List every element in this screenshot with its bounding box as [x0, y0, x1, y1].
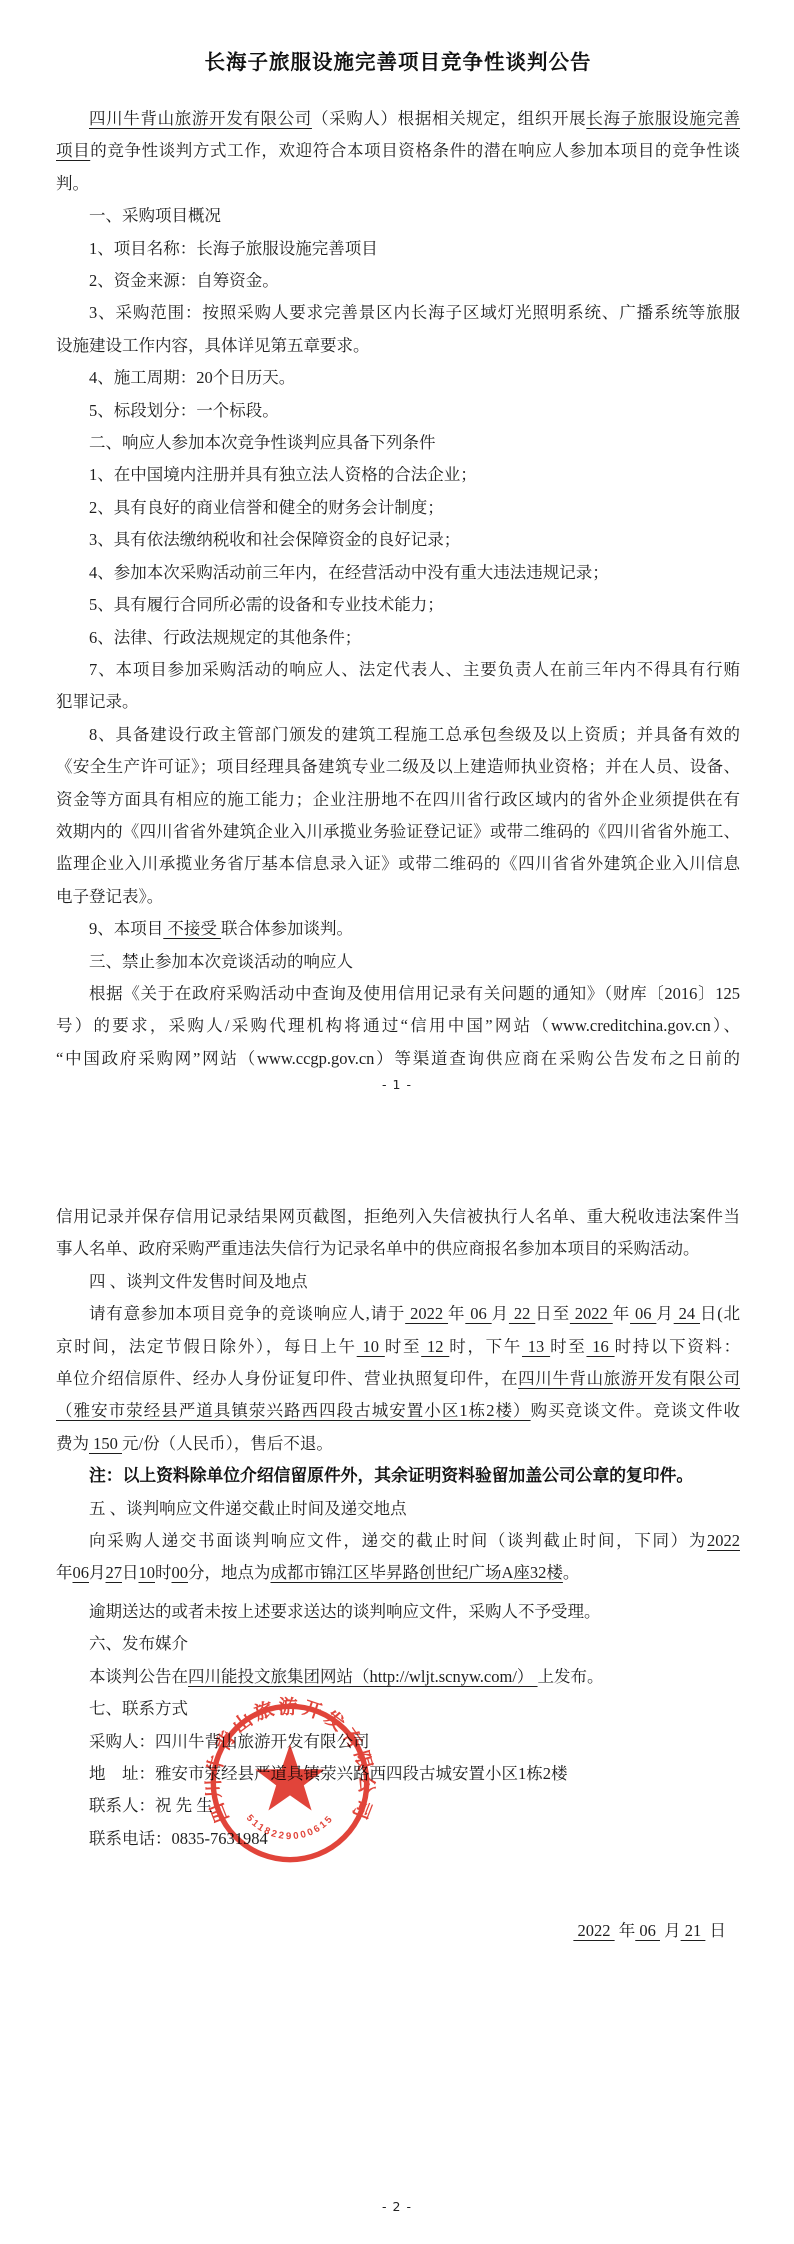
text-line: 2、资金来源：自筹资金。 [56, 265, 740, 297]
section-heading: 二、响应人参加本次竞争性谈判应具备下列条件 [56, 427, 740, 459]
document-title: 长海子旅服设施完善项目竞争性谈判公告 [56, 46, 740, 80]
section-heading: 一、采购项目概况 [56, 200, 740, 232]
section-heading: 三、禁止参加本次竞谈活动的响应人 [56, 946, 740, 978]
section-heading: 五 、谈判响应文件递交截止时间及递交地点 [56, 1493, 740, 1525]
page-2-lines: 信用记录并保存信用记录结果网页截图，拒绝列入失信被执行人名单、重大税收违法案件当… [56, 1122, 740, 1948]
text-line: 号）的要求，采购人/采购代理机构将通过“信用中国”网站（www.creditch… [56, 1010, 740, 1042]
page-1-lines: 四川牛背山旅游开发有限公司（采购人）根据相关规定，组织开展长海子旅服设施完善项目… [56, 103, 740, 1075]
text-line: “中国政府采购网”网站（www.ccgp.gov.cn）等渠道查询供应商在采购公… [56, 1043, 740, 1075]
seal-number: 5118229000615 [244, 1813, 336, 1842]
text-line: 《安全生产许可证》；项目经理具备建筑专业二级及以上建造师执业资格；并在人员、设备… [56, 751, 740, 783]
text-line: （雅安市荥经县严道具镇荥兴路西四段古城安置小区1栋2楼）购买竞谈文件。竞谈文件收 [56, 1395, 740, 1427]
text-line: 资金等方面具有相应的施工能力；企业注册地不在四川省行政区域内的省外企业须提供在有 [56, 784, 740, 816]
text-line: 2、具有良好的商业信誉和健全的财务会计制度； [56, 492, 740, 524]
company-seal: 四川牛背山旅游开发有限公司 5118229000615 [182, 1675, 398, 1891]
text-line: 请有意参加本项目竞争的竞谈响应人,请于 2022 年 06 月 22 日至 20… [56, 1298, 740, 1330]
text-line: 信用记录并保存信用记录结果网页截图，拒绝列入失信被执行人名单、重大税收违法案件当 [56, 1201, 740, 1233]
text-line: 8、具备建设行政主管部门颁发的建筑工程施工总承包叁级及以上资质；并具备有效的 [56, 719, 740, 751]
text-line: 采购人：四川牛背山旅游开发有限公司 [56, 1726, 740, 1758]
text-line: 联系电话：0835-7631984 [56, 1823, 740, 1855]
section-heading: 七、联系方式 [56, 1693, 740, 1725]
text-line: 向采购人递交书面谈判响应文件，递交的截止时间（谈判截止时间，下同）为2022 [56, 1525, 740, 1557]
text-line: 1、项目名称：长海子旅服设施完善项目 [56, 233, 740, 265]
text-line: 电子登记表》。 [56, 881, 740, 913]
text-line: 事人名单、政府采购严重违法失信行为记录名单中的供应商报名参加本项目的采购活动。 [56, 1233, 740, 1265]
text-line: 注：以上资料除单位介绍信留原件外，其余证明资料验留加盖公司公章的复印件。 [56, 1460, 740, 1492]
text-line: 7、本项目参加采购活动的响应人、法定代表人、主要负责人在前三年内不得具有行贿 [56, 654, 740, 686]
seal-star-icon [255, 1744, 325, 1810]
page-2-number: - 2 - [0, 2199, 794, 2214]
text-line: 3、采购范围：按照采购人要求完善景区内长海子区域灯光照明系统、广播系统等旅服 [56, 297, 740, 329]
page-1-number: - 1 - [0, 1077, 794, 1092]
text-line: 单位介绍信原件、经办人身份证复印件、营业执照复印件，在四川牛背山旅游开发有限公司 [56, 1363, 740, 1395]
text-line: 3、具有依法缴纳税收和社会保障资金的良好记录； [56, 524, 740, 556]
text-line: 1、在中国境内注册并具有独立法人资格的合法企业； [56, 459, 740, 491]
text-line: 联系人：祝 先 生 [56, 1790, 740, 1822]
text-line: 费为 150 元/份（人民币），售后不退。 [56, 1428, 740, 1460]
text-line: 判。 [56, 168, 740, 200]
text-line: 犯罪记录。 [56, 686, 740, 718]
text-line: 四川牛背山旅游开发有限公司（采购人）根据相关规定，组织开展长海子旅服设施完善 [56, 103, 740, 135]
section-heading: 六、发布媒介 [56, 1628, 740, 1660]
text-line: 效期内的《四川省省外建筑企业入川承揽业务验证登记证》或带二维码的《四川省省外施工… [56, 816, 740, 848]
text-line: 本谈判公告在四川能投文旅集团网站（http://wljt.scnyw.com/）… [56, 1661, 740, 1693]
document-canvas: 长海子旅服设施完善项目竞争性谈判公告 四川牛背山旅游开发有限公司（采购人）根据相… [0, 0, 794, 2244]
text-line: 设施建设工作内容，具体详见第五章要求。 [56, 330, 740, 362]
text-line: 年06月27日10时00分，地点为成都市锦江区毕昇路创世纪广场A座32楼。 [56, 1557, 740, 1589]
section-heading: 四 、谈判文件发售时间及地点 [56, 1266, 740, 1298]
text-line: 5、标段划分：一个标段。 [56, 395, 740, 427]
text-line: 6、法律、行政法规规定的其他条件； [56, 622, 740, 654]
text-line: 9、本项目 不接受 联合体参加谈判。 [56, 913, 740, 945]
text-line: 4、参加本次采购活动前三年内，在经营活动中没有重大违法违规记录； [56, 557, 740, 589]
text-line: 2022 年 06 月 21 日 [56, 1915, 740, 1947]
text-line: 逾期送达的或者未按上述要求送达的谈判响应文件，采购人不予受理。 [56, 1596, 740, 1628]
text-line: 监理企业入川承揽业务省厅基本信息录入证》或带二维码的《四川省省外建筑企业入川信息 [56, 848, 740, 880]
text-line: 项目的竞争性谈判方式工作，欢迎符合本项目资格条件的潜在响应人参加本项目的竞争性谈 [56, 135, 740, 167]
text-line: 京时间，法定节假日除外），每日上午 10 时至 12 时，下午 13 时至 16… [56, 1331, 740, 1363]
text-line: 4、施工周期：20个日历天。 [56, 362, 740, 394]
text-line: 5、具有履行合同所必需的设备和专业技术能力； [56, 589, 740, 621]
text-line: 地 址：雅安市荥经县严道具镇荥兴路西四段古城安置小区1栋2楼 [56, 1758, 740, 1790]
text-line: 根据《关于在政府采购活动中查询及使用信用记录有关问题的通知》（财库〔2016〕1… [56, 978, 740, 1010]
page-1: 长海子旅服设施完善项目竞争性谈判公告 四川牛背山旅游开发有限公司（采购人）根据相… [0, 0, 794, 1122]
